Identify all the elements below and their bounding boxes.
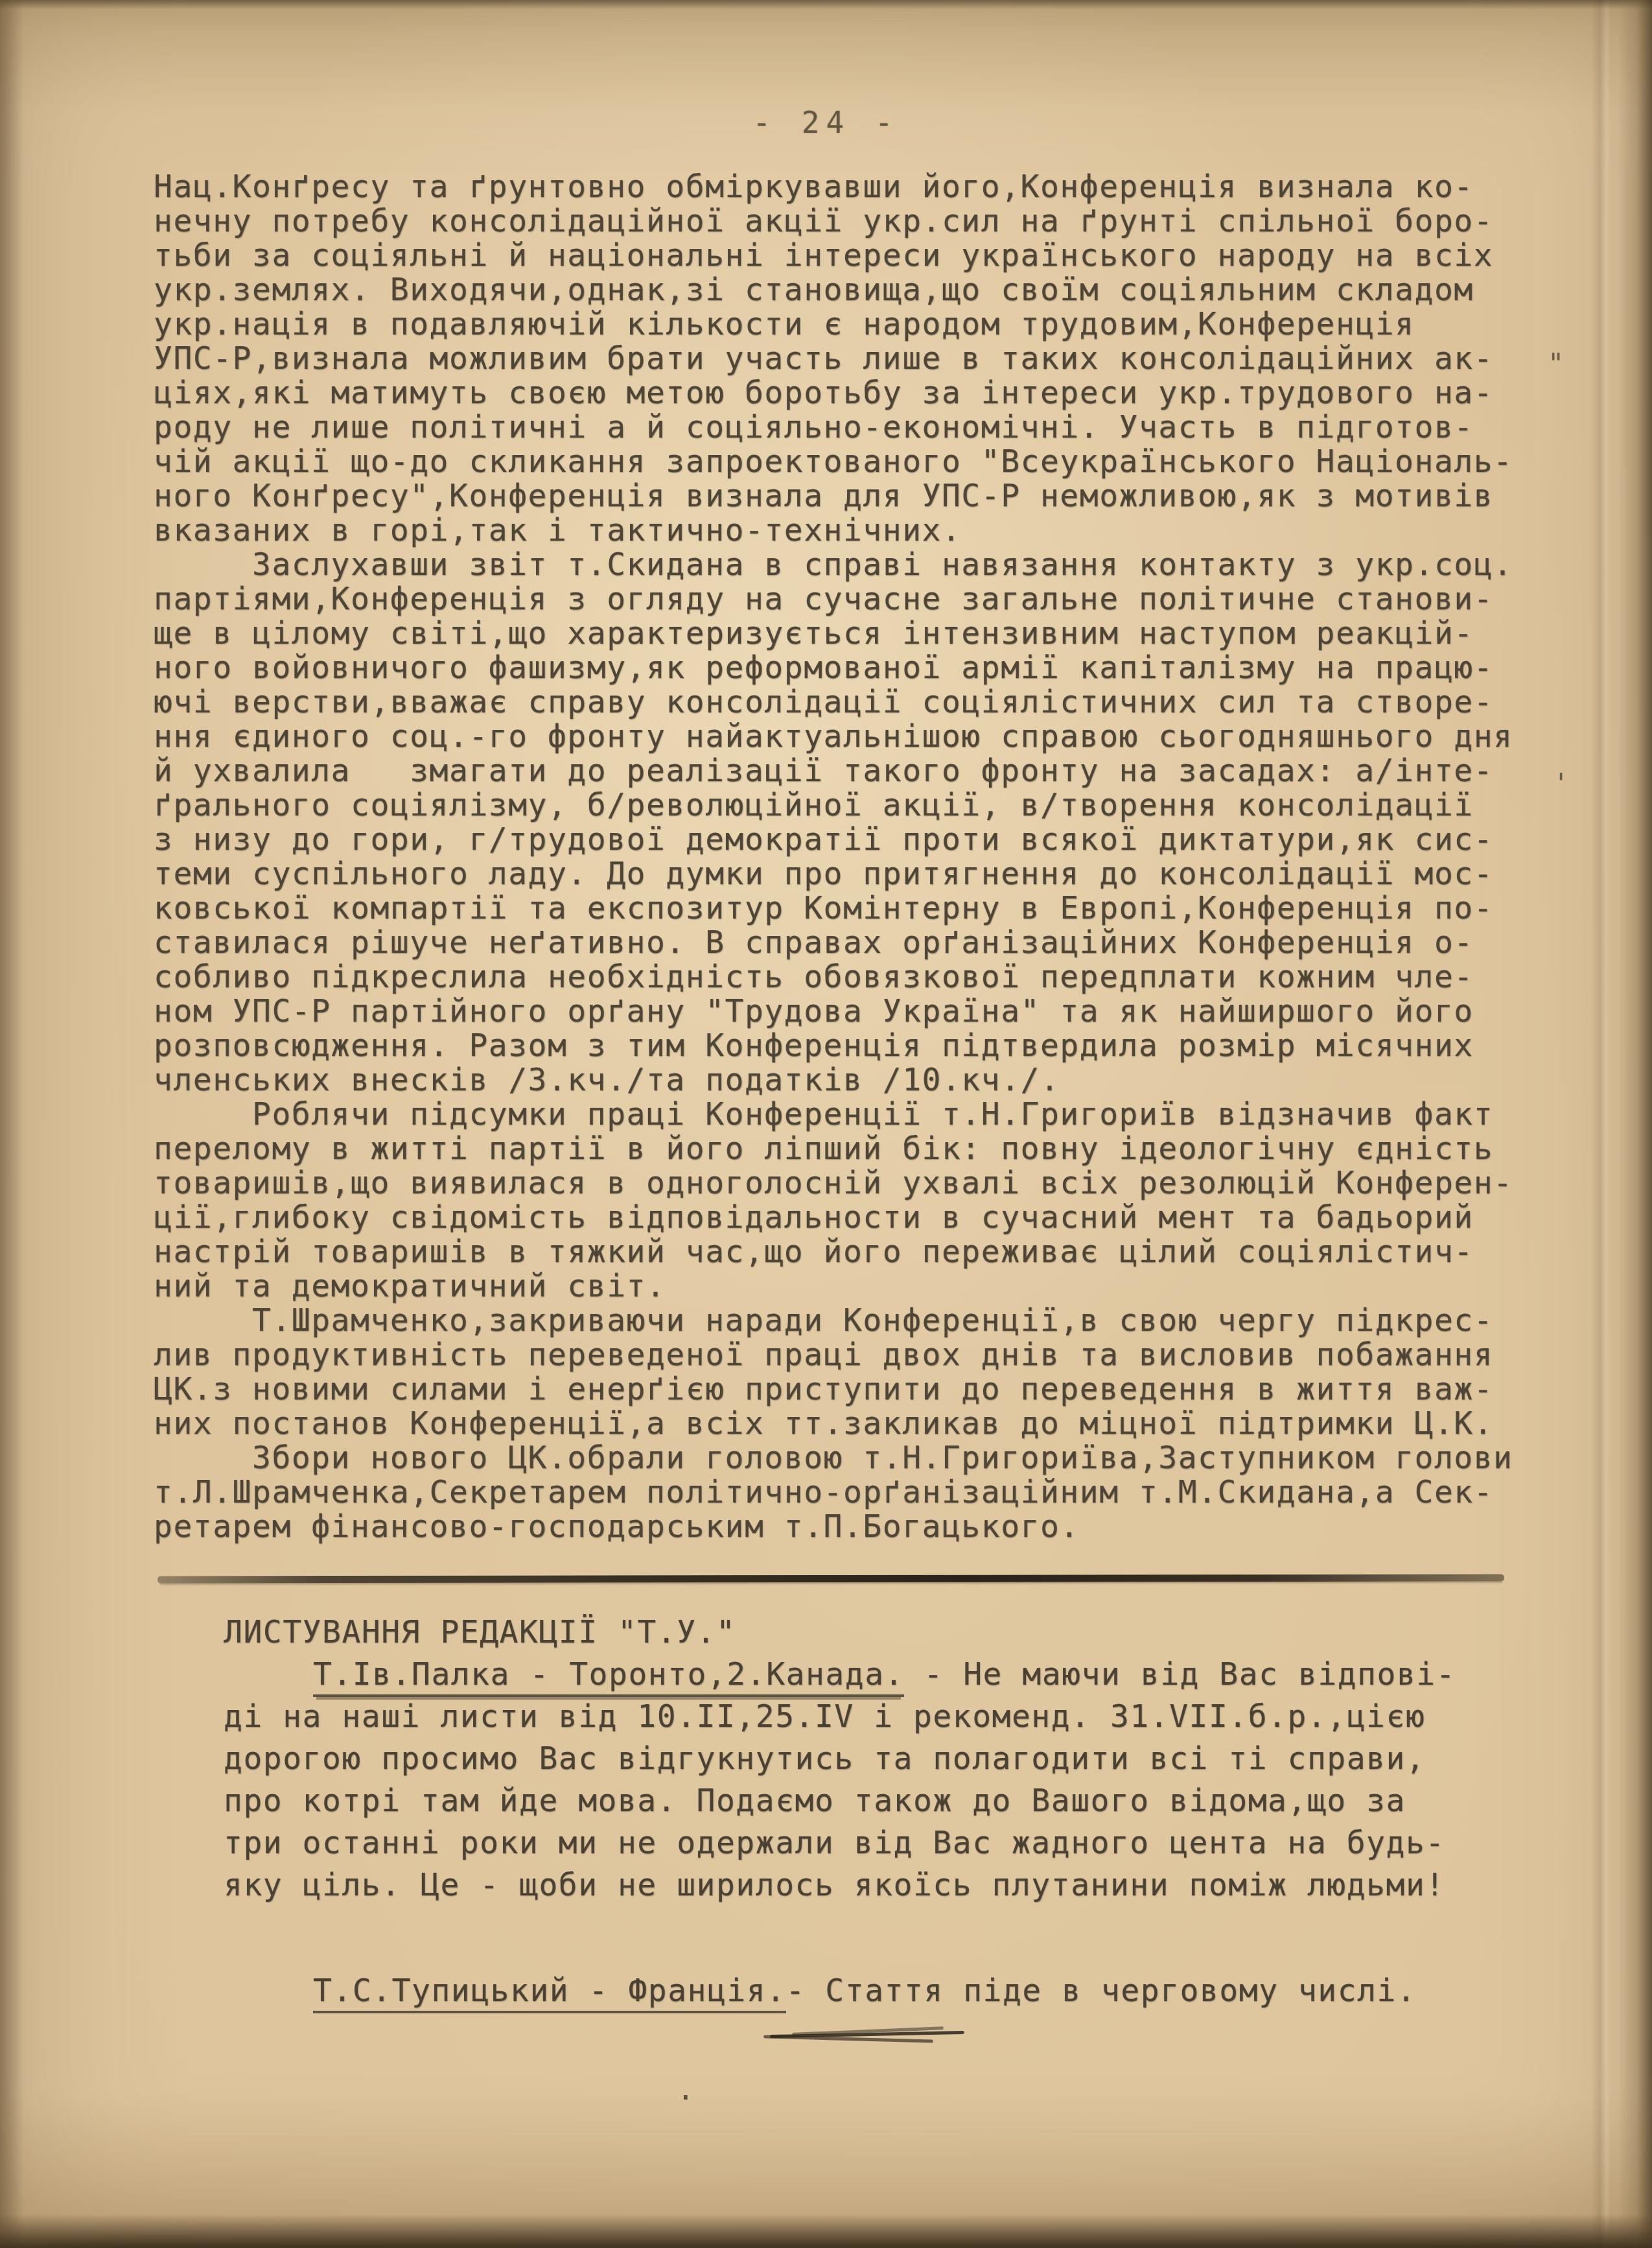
report-text-block: Нац.Конґресу та ґрунтовно обміркувавши й… [154, 170, 1541, 1544]
report-paragraph: Роблячи підсумки праці Конференції т.Н.Г… [154, 1097, 1541, 1304]
ink-speck: " [1548, 347, 1564, 379]
letter-item: Т.С.Тупицький - Франція.- Стаття піде в … [224, 1970, 1520, 2012]
paper-edge-bottom [0, 2214, 1652, 2248]
report-paragraph: Нац.Конґресу та ґрунтовно обміркувавши й… [154, 170, 1541, 548]
paper-edge-right [1618, 0, 1652, 2248]
letter-addressee: Т.Ів.Палка - Торонто,2.Канада. [313, 1656, 904, 1697]
report-paragraph: Т.Шрамченко,закриваючи наради Конференці… [154, 1304, 1541, 1441]
ink-speck: . [677, 2072, 695, 2107]
ink-speck: ' [1553, 767, 1569, 799]
letter-body: - Стаття піде в черговому числі. [786, 1973, 1417, 2009]
scribble-mark [763, 2026, 977, 2048]
divider-rule [157, 1575, 1504, 1584]
paper-edge-left [0, 0, 23, 2248]
scanned-typewritten-page: - 24 - Нац.Конґресу та ґрунтовно обмірку… [0, 0, 1652, 2248]
report-paragraph: Збори нового ЦК.обрали головою т.Н.Григо… [154, 1441, 1541, 1544]
section-heading: ЛИСТУВАННЯ РЕДАКЦІЇ "Т.У." [224, 1611, 1520, 1654]
letter-item: Т.Ів.Палка - Торонто,2.Канада. - Не маюч… [224, 1654, 1520, 1906]
report-paragraph: Заслухавши звіт т.Скидана в справі навяз… [154, 548, 1541, 1097]
paper-crease [1591, 0, 1611, 2248]
correspondence-section: ЛИСТУВАННЯ РЕДАКЦІЇ "Т.У." Т.Ів.Палка - … [224, 1611, 1520, 2012]
paper-edge-top [0, 0, 1652, 9]
page-number: - 24 - [0, 105, 1652, 140]
letter-addressee: Т.С.Тупицький - Франція. [313, 1973, 786, 2013]
